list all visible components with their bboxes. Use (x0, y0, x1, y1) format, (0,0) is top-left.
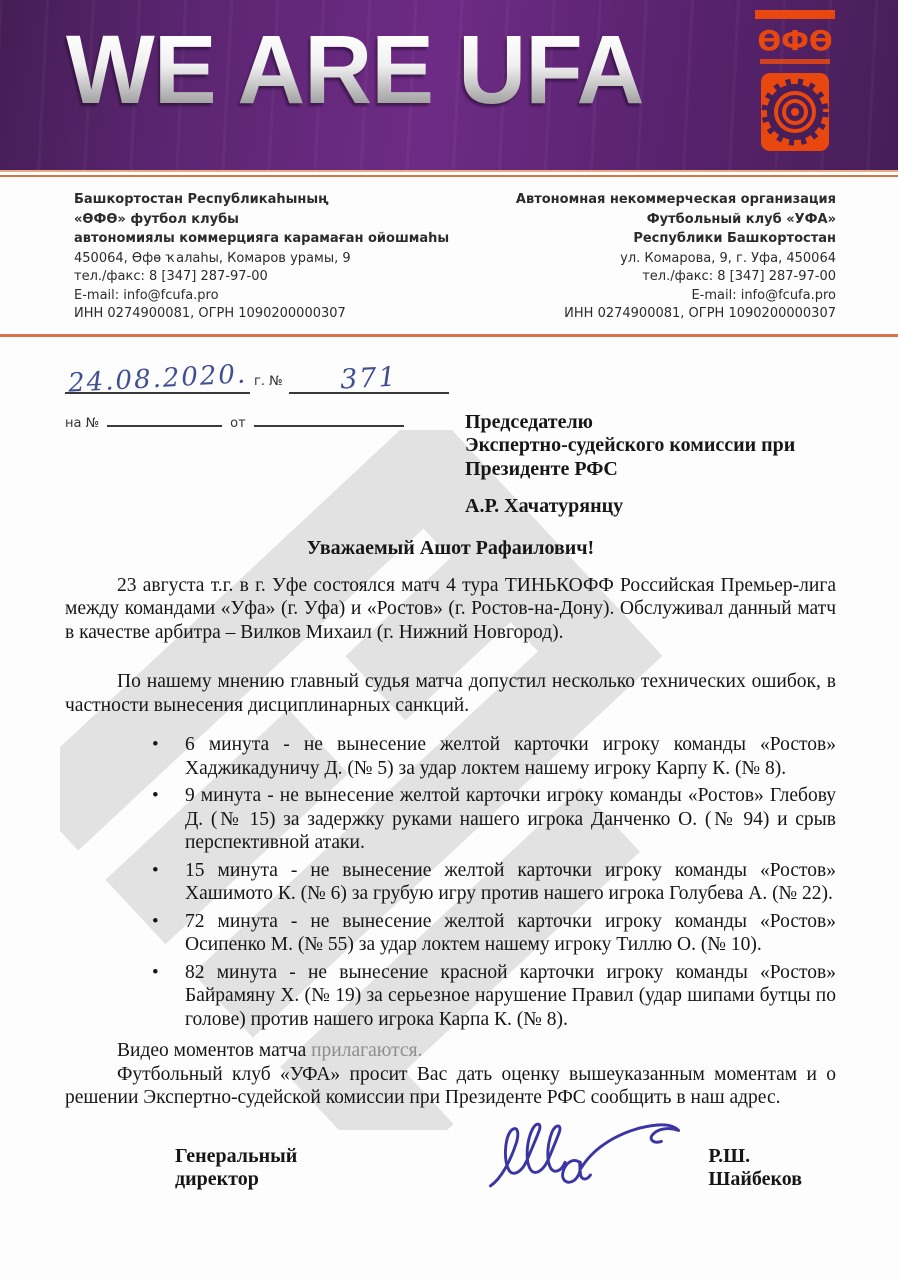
letterhead-line: Футбольный клуб «УФА» (516, 211, 836, 230)
letterhead-line: автономиялы коммерцияга карамаған ойошма… (74, 230, 449, 249)
letterhead-line: ИНН 0274900081, ОГРН 1090200000307 (516, 305, 836, 324)
reply-ref-label: на № (65, 416, 99, 431)
letterhead: Башкортостан Республикаһының «ӨФӨ» футбо… (0, 177, 898, 334)
letterhead-line: 450064, Өфө ҡалаһы, Комаров урамы, 9 (74, 250, 449, 269)
letterhead-left: Башкортостан Республикаһының «ӨФӨ» футбо… (74, 191, 449, 324)
signature-autograph-icon (485, 1103, 680, 1207)
closing-text: Видео моментов матча (117, 1040, 306, 1061)
letterhead-line: ИНН 0274900081, ОГРН 1090200000307 (74, 305, 449, 324)
signature-block: Генеральный директор Р.Ш. Шайбеков (65, 1136, 836, 1200)
handwritten-doc-number: 371 (339, 361, 398, 395)
list-item: •6 минута - не вынесение желтой карточки… (185, 733, 836, 780)
body-paragraph: По нашему мнению главный судья матча доп… (65, 670, 836, 717)
doc-number-label: г. № (254, 374, 283, 389)
logo-monogram: ӨФӨ (757, 24, 832, 57)
letterhead-line: Башкортостан Республикаһының (74, 191, 449, 210)
handwritten-date: 24.08.2020. (67, 359, 247, 398)
body-paragraph: 23 августа т.г. в г. Уфе состоялся матч … (65, 574, 836, 645)
closing-paragraph: Футбольный клуб «УФА» просит Вас дать оц… (65, 1063, 836, 1110)
reply-number-blank (107, 411, 222, 427)
reply-ref-line: на №от (65, 411, 465, 431)
letterhead-right: Автономная некоммерческая организация Фу… (516, 191, 836, 324)
incident-text: 6 минута - не вынесение желтой карточки … (185, 734, 836, 779)
slogan-text: WE ARE UFA (66, 14, 643, 126)
bullet-icon: • (152, 910, 159, 934)
salutation: Уважаемый Ашот Рафаилович! (65, 537, 836, 560)
recipient-block: Председателю Экспертно-судейского комисс… (465, 411, 795, 519)
closing-text-gray: прилагаются. (311, 1040, 422, 1061)
reply-from-label: от (230, 416, 246, 431)
recipient-line: Президенте РФС (465, 458, 795, 482)
letterhead-line: E-mail: info@fcufa.pro (516, 287, 836, 306)
incident-list: •6 минута - не вынесение желтой карточки… (65, 733, 836, 1031)
letterhead-line: ул. Комарова, 9, г. Уфа, 450064 (516, 250, 836, 269)
list-item: •9 минута - не вынесение желтой карточки… (185, 784, 836, 855)
signature-title: Генеральный директор (175, 1145, 367, 1191)
closing-paragraph: Видео моментов матча прилагаются. (65, 1039, 836, 1063)
letterhead-line: Автономная некоммерческая организация (516, 191, 836, 210)
letterhead-line: тел./факс: 8 [347] 287-97-00 (516, 268, 836, 287)
letterhead-line: тел./факс: 8 [347] 287-97-00 (74, 268, 449, 287)
letterhead-line: «ӨФӨ» футбол клубы (74, 211, 449, 230)
club-logo: ӨФӨ (752, 10, 838, 163)
scanned-letter-page: WE ARE UFA ӨФӨ Башкортостан Республикаһы… (0, 0, 898, 1280)
signature-name: Р.Ш. Шайбеков (708, 1145, 836, 1191)
incident-text: 15 минута - не вынесение желтой карточки… (185, 860, 836, 905)
header-banner: WE ARE UFA ӨФӨ (0, 0, 898, 170)
ref-date-line: 24.08.2020.г. №371 (65, 361, 465, 395)
letterhead-line: E-mail: info@fcufa.pro (74, 287, 449, 306)
bullet-icon: • (152, 733, 159, 757)
incident-text: 82 минута - не вынесение красной карточк… (185, 962, 836, 1030)
letterhead-line: Республики Башкортостан (516, 230, 836, 249)
list-item: •15 минута - не вынесение желтой карточк… (185, 859, 836, 906)
letterhead-divider (0, 334, 898, 337)
banner-divider (0, 170, 898, 177)
recipient-line: Председателю (465, 411, 795, 435)
reference-block: 24.08.2020.г. №371 на №от (65, 361, 465, 519)
recipient-line: Экспертно-судейского комиссии при (465, 434, 795, 458)
club-crest-icon: ӨФӨ (752, 10, 838, 158)
bullet-icon: • (152, 859, 159, 883)
recipient-name: А.Р. Хачатурянцу (465, 495, 795, 519)
reply-date-blank (254, 411, 404, 427)
incident-text: 72 минута - не вынесение желтой карточки… (185, 911, 836, 956)
list-item: •82 минута - не вынесение красной карточ… (185, 961, 836, 1032)
list-item: •72 минута - не вынесение желтой карточк… (185, 910, 836, 957)
incident-text: 9 минута - не вынесение желтой карточки … (185, 785, 836, 853)
bullet-icon: • (152, 784, 159, 808)
bullet-icon: • (152, 961, 159, 985)
reference-section: 24.08.2020.г. №371 на №от Председателю Э… (65, 361, 836, 519)
